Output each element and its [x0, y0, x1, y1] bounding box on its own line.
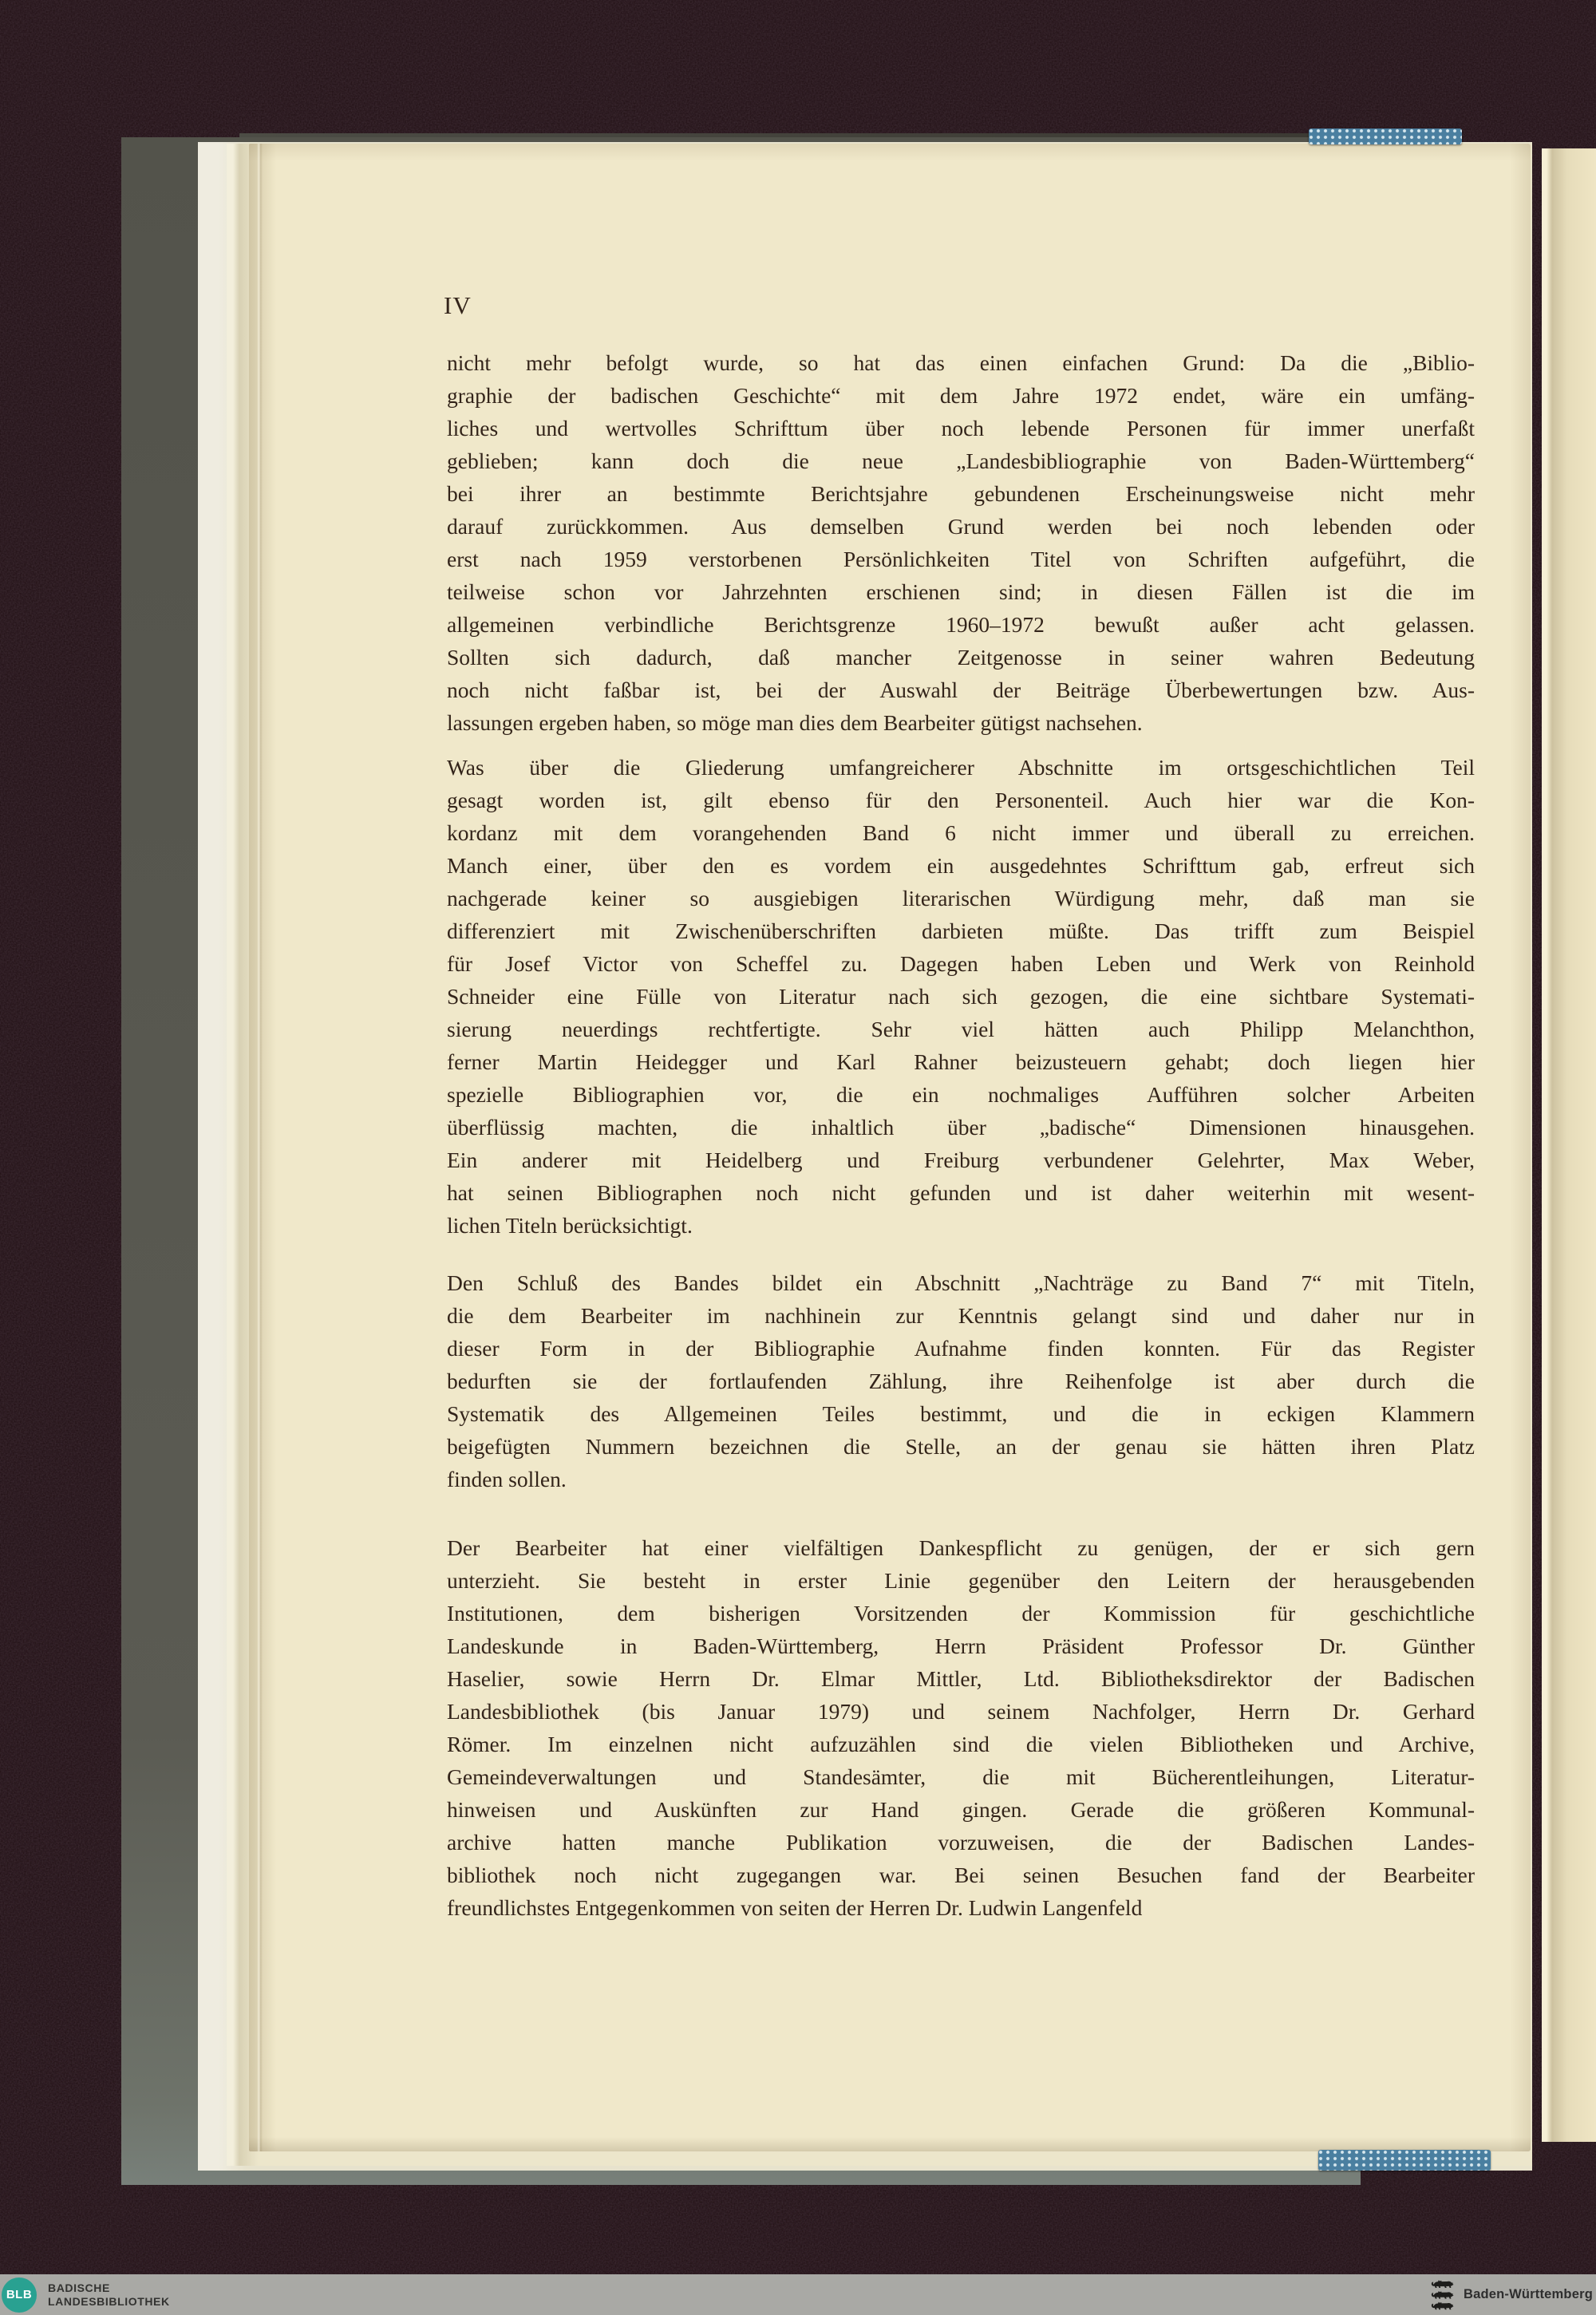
library-name-line1: BADISCHE: [48, 2281, 170, 2295]
text-line: noch nicht faßbar ist, bei der Auswahl d…: [447, 674, 1475, 706]
paragraph: Was über die Gliederung umfangreicherer …: [447, 751, 1475, 1242]
library-branding: BLB BADISCHE LANDESBIBLIOTHEK: [2, 2274, 170, 2315]
blb-logo: BLB: [2, 2277, 37, 2313]
text-line: kordanz mit dem vorangehenden Band 6 nic…: [447, 816, 1475, 849]
text-line: freundlichstes Entgegenkommen von seiten…: [447, 1891, 1475, 1924]
scanned-book-photo: IV nicht mehr befolgt wurde, so hat das …: [0, 0, 1596, 2315]
text-line: finden sollen.: [447, 1463, 1475, 1495]
text-line: bibliothek noch nicht zugegangen war. Be…: [447, 1859, 1475, 1891]
state-branding: Baden-Württemberg: [1430, 2274, 1593, 2315]
text-line: nachgerade keiner so ausgiebigen literar…: [447, 882, 1475, 915]
text-line: die dem Bearbeiter im nachhinein zur Ken…: [447, 1299, 1475, 1332]
text-line: Schneider eine Fülle von Literatur nach …: [447, 980, 1475, 1013]
text-line: ferner Martin Heidegger und Karl Rahner …: [447, 1045, 1475, 1078]
text-line: hinweisen und Auskünften zur Hand gingen…: [447, 1793, 1475, 1826]
text-line: Den Schluß des Bandes bildet ein Abschni…: [447, 1266, 1475, 1299]
library-name-line2: LANDESBIBLIOTHEK: [48, 2295, 170, 2309]
text-line: darauf zurückkommen. Aus demselben Grund…: [447, 510, 1475, 543]
book-tailband: [1318, 2150, 1491, 2171]
text-line: unterzieht. Sie besteht in erster Linie …: [447, 1564, 1475, 1597]
book-page: IV nicht mehr befolgt wurde, so hat das …: [249, 144, 1531, 2151]
text-line: überflüssig machten, die inhaltlich über…: [447, 1111, 1475, 1144]
text-line: lassungen ergeben haben, so möge man die…: [447, 706, 1475, 739]
text-line: spezielle Bibliographien vor, die ein no…: [447, 1078, 1475, 1111]
text-line: differenziert mit Zwischenüberschriften …: [447, 915, 1475, 947]
text-line: liches und wertvolles Schrifttum über no…: [447, 412, 1475, 444]
text-line: Systematik des Allgemeinen Teiles bestim…: [447, 1397, 1475, 1430]
paragraph: Den Schluß des Bandes bildet ein Abschni…: [447, 1266, 1475, 1495]
library-name: BADISCHE LANDESBIBLIOTHEK: [48, 2281, 170, 2309]
text-line: lichen Titeln berücksichtigt.: [447, 1209, 1475, 1242]
text-line: erst nach 1959 verstorbenen Persönlichke…: [447, 543, 1475, 575]
text-line: nicht mehr befolgt wurde, so hat das ein…: [447, 346, 1475, 379]
text-line: Manch einer, über den es vordem ein ausg…: [447, 849, 1475, 882]
text-line: bei ihrer an bestimmte Berichtsjahre geb…: [447, 477, 1475, 510]
text-line: hat seinen Bibliographen noch nicht gefu…: [447, 1176, 1475, 1209]
paragraph: Der Bearbeiter hat einer vielfältigen Da…: [447, 1531, 1475, 1924]
facing-page-edge: [1542, 148, 1596, 2142]
state-name: Baden-Württemberg: [1464, 2287, 1593, 2302]
text-line: gesagt worden ist, gilt ebenso für den P…: [447, 784, 1475, 816]
text-line: graphie der badischen Geschichte“ mit de…: [447, 379, 1475, 412]
text-line: geblieben; kann doch die neue „Landesbib…: [447, 444, 1475, 477]
text-line: Institutionen, dem bisherigen Vorsitzend…: [447, 1597, 1475, 1630]
text-line: allgemeinen verbindliche Berichtsgrenze …: [447, 608, 1475, 641]
text-line: Sollten sich dadurch, daß mancher Zeitge…: [447, 641, 1475, 674]
text-line: archive hatten manche Publikation vorzuw…: [447, 1826, 1475, 1859]
text-line: dieser Form in der Bibliographie Aufnahm…: [447, 1332, 1475, 1365]
baden-wuerttemberg-lions-icon: [1430, 2278, 1456, 2312]
text-line: bedurften sie der fortlaufenden Zählung,…: [447, 1365, 1475, 1397]
page-fold-crease: [257, 144, 263, 2151]
page-text-block: nicht mehr befolgt wurde, so hat das ein…: [447, 346, 1475, 1924]
text-line: Ein anderer mit Heidelberg und Freiburg …: [447, 1144, 1475, 1176]
text-line: Landesbibliothek (bis Januar 1979) und s…: [447, 1695, 1475, 1728]
text-line: Römer. Im einzelnen nicht aufzuzählen si…: [447, 1728, 1475, 1760]
text-line: für Josef Victor von Scheffel zu. Dagege…: [447, 947, 1475, 980]
paragraph: nicht mehr befolgt wurde, so hat das ein…: [447, 346, 1475, 739]
footer-branding-bar: BLB BADISCHE LANDESBIBLIOTHEK Baden-Würt…: [0, 2274, 1596, 2315]
text-line: sierung neuerdings rechtfertigte. Sehr v…: [447, 1013, 1475, 1045]
text-line: Der Bearbeiter hat einer vielfältigen Da…: [447, 1531, 1475, 1564]
blb-logo-text: BLB: [6, 2288, 32, 2301]
page-number: IV: [444, 292, 472, 319]
book-headband: [1309, 128, 1462, 144]
text-line: Landeskunde in Baden-Württemberg, Herrn …: [447, 1630, 1475, 1662]
text-line: beigefügten Nummern bezeichnen die Stell…: [447, 1430, 1475, 1463]
text-line: teilweise schon vor Jahrzehnten erschien…: [447, 575, 1475, 608]
text-line: Was über die Gliederung umfangreicherer …: [447, 751, 1475, 784]
text-line: Gemeindeverwaltungen und Standesämter, d…: [447, 1760, 1475, 1793]
text-line: Haselier, sowie Herrn Dr. Elmar Mittler,…: [447, 1662, 1475, 1695]
